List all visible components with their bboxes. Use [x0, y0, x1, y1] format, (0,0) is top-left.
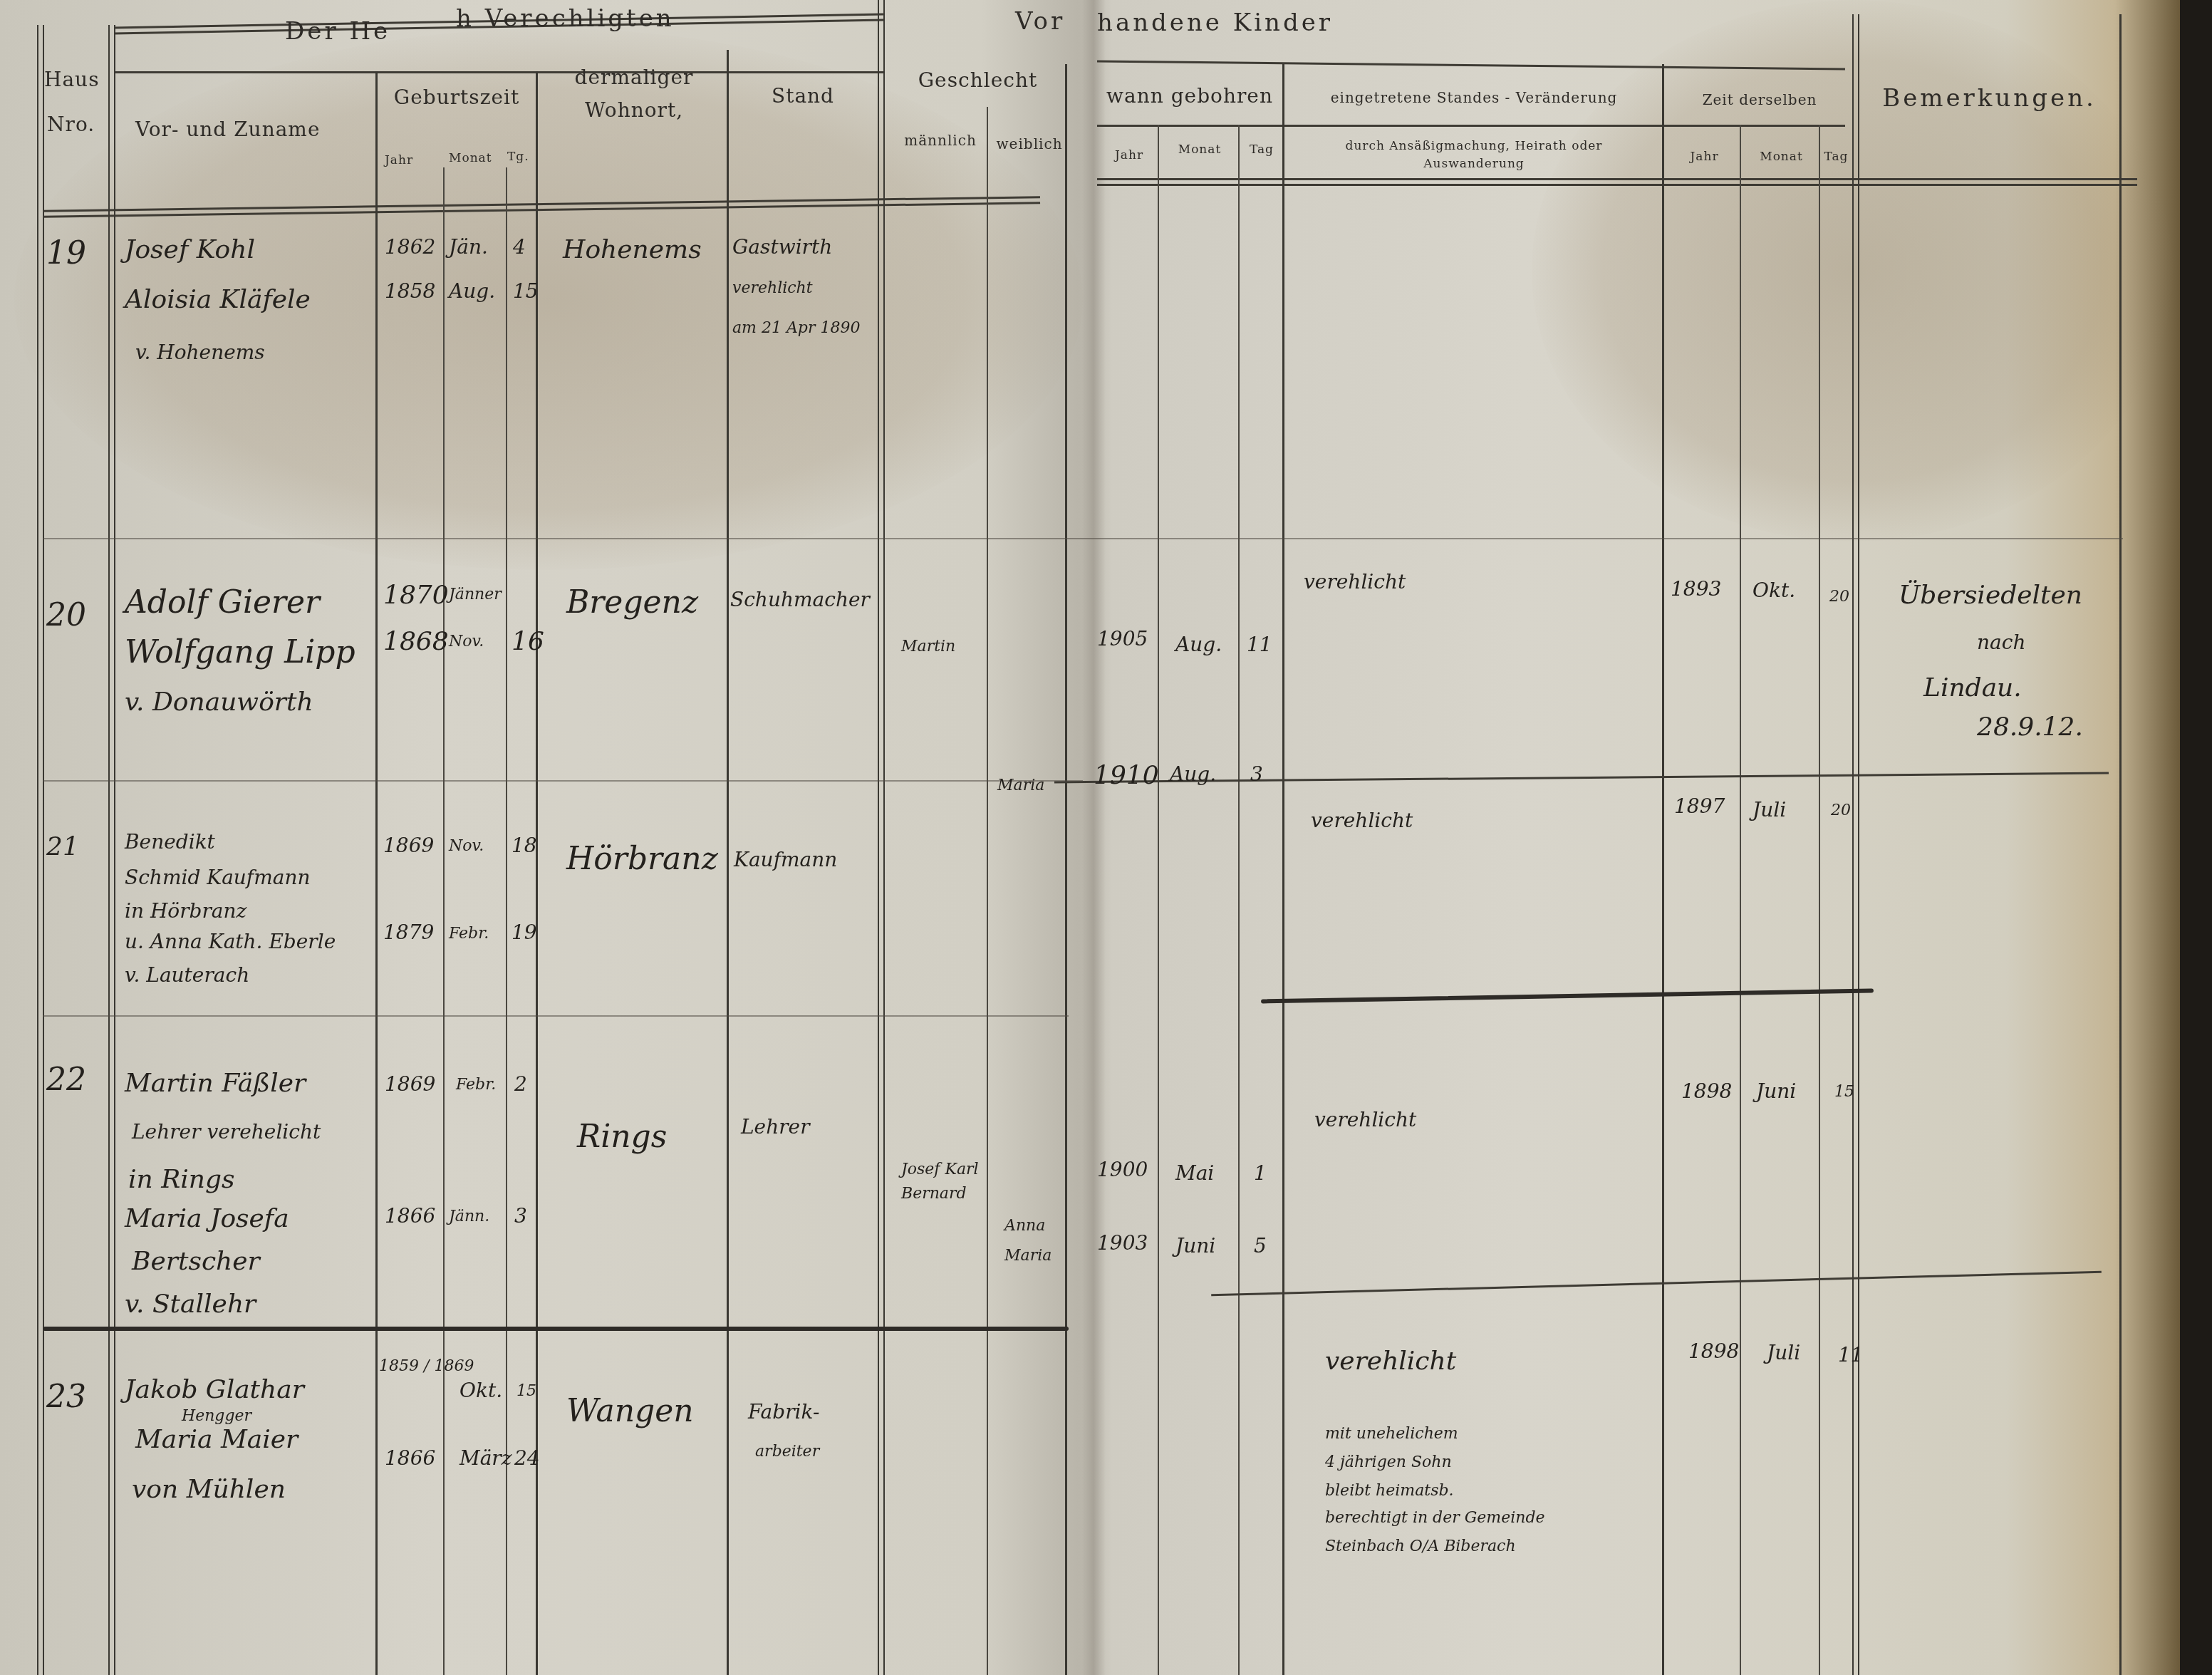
- header-zeit-monat: Monat: [1744, 150, 1819, 164]
- col-border-weiblich: [1065, 64, 1067, 1675]
- entry-22-child-2-day: 5: [1254, 1234, 1267, 1257]
- header-wann-geboren: wann gebohren: [1097, 84, 1282, 108]
- entry-22-child-1-day: 1: [1254, 1161, 1267, 1185]
- entry-20-birth-1-year: 1870: [383, 581, 449, 610]
- entry-20-zeit-year: 1893: [1671, 577, 1721, 601]
- entry-20-bemerkung-2: nach: [1977, 631, 2025, 654]
- header-nro: Nro.: [47, 113, 95, 136]
- header-sub-rule-right: [1097, 125, 1845, 127]
- entry-20-stand-1: Schuhmacher: [730, 588, 870, 611]
- entry-20-child-2-day: 3: [1250, 762, 1263, 786]
- entry-20-child-1-male: Martin: [901, 638, 955, 655]
- entry-21-nr: 21: [46, 832, 79, 861]
- entry-20-bemerkung-4: 28.9.12.: [1977, 712, 2083, 742]
- entry-22-name-4: Maria Josefa: [125, 1204, 289, 1233]
- header-standes-sub-2: Auswanderung: [1286, 157, 1662, 171]
- entry-22-zeit-month: Juni: [1756, 1079, 1796, 1103]
- entry-22-child-1-year: 1900: [1097, 1158, 1148, 1181]
- entry-19-birth-2-day: 15: [513, 279, 539, 303]
- entry-20-zeit-day: 20: [1829, 588, 1849, 606]
- header-standesveraenderung: eingetretene Standes - Veränderung: [1286, 89, 1662, 106]
- entry-22-child-1-male: Josef Karl Bernard: [901, 1158, 987, 1206]
- entry-22-birth-2-year: 1866: [385, 1204, 435, 1228]
- entry-20-name-1: Adolf Gierer: [125, 584, 320, 621]
- entry-22-name-6: v. Stallehr: [125, 1290, 256, 1319]
- entry-20-wohnort: Bregenz: [566, 584, 698, 621]
- entry-21-birth-1-month: Nov.: [449, 837, 484, 855]
- entry-23-name-3: Maria Maier: [135, 1425, 298, 1454]
- entry-20-birth-2-day: 16: [512, 627, 544, 656]
- left-title-part1: Der He: [285, 17, 390, 46]
- entry-19-stand-2: verehlicht: [732, 279, 813, 297]
- entry-19-wohnort: Hohenems: [563, 235, 702, 264]
- row-separator-21-22-left: [43, 1015, 1069, 1017]
- entry-22-child-2-month: Juni: [1175, 1234, 1215, 1257]
- col-border-kind-jahr: [1158, 125, 1159, 1675]
- entry-22-child-2-year: 1903: [1097, 1231, 1148, 1255]
- entry-23-name-4: von Mühlen: [132, 1475, 286, 1504]
- header-zeit: Zeit derselben: [1667, 91, 1852, 108]
- entry-23-nr: 23: [46, 1379, 86, 1415]
- ink-stroke-22-right: [1211, 1271, 2102, 1297]
- entry-23-zeit-month: Juli: [1767, 1341, 1800, 1364]
- entry-21-name-1: Benedikt: [125, 830, 215, 854]
- entry-23-veraenderung-3: 4 jährigen Sohn: [1325, 1453, 1452, 1471]
- header-wohnort-2: Wohnort,: [541, 98, 727, 122]
- entry-19-stand-3: am 21 Apr 1890: [732, 319, 860, 337]
- entry-21-birth-1-day: 18: [512, 834, 537, 857]
- header-geschlecht: Geschlecht: [890, 68, 1065, 92]
- entry-23-stand-1: Fabrik-: [748, 1400, 819, 1424]
- entry-22-name-5: Bertscher: [132, 1247, 260, 1276]
- header-bemerkungen: Bemerkungen.: [1859, 84, 2119, 113]
- entry-23-zeit-day: 11: [1838, 1343, 1864, 1367]
- col-border-zeit-jahr: [1740, 125, 1741, 1675]
- left-title-part2: h Verechligten: [456, 4, 675, 33]
- entry-22-zeit-year: 1898: [1681, 1079, 1732, 1103]
- entry-23-name-1: Jakob Glathar: [125, 1375, 304, 1404]
- header-zeit-jahr: Jahr: [1671, 150, 1738, 164]
- entry-21-stand-1: Kaufmann: [734, 848, 837, 871]
- entry-21-wohnort: Hörbranz: [566, 841, 718, 877]
- header-kind-monat: Monat: [1161, 142, 1238, 157]
- col-border-stand: [878, 0, 879, 1675]
- entry-20-birth-2-year: 1868: [383, 627, 449, 656]
- entry-20-bemerkung-1: Übersiedelten: [1899, 581, 2082, 610]
- entry-19-birth-2-year: 1858: [385, 279, 435, 303]
- entry-23-veraenderung-6: Steinbach O/A Biberach: [1325, 1537, 1516, 1555]
- entry-20-child-1-day: 11: [1247, 633, 1272, 656]
- entry-23-birth-2-month: März: [459, 1446, 512, 1470]
- entry-21-name-4: u. Anna Kath. Eberle: [125, 930, 336, 953]
- entry-22-name-2: Lehrer verehelicht: [132, 1120, 321, 1144]
- entry-22-nr: 22: [46, 1062, 86, 1098]
- entry-21-birth-2-day: 19: [512, 921, 537, 944]
- entry-23-birth-1-year: 1859 / 1869: [379, 1357, 474, 1375]
- entry-22-zeit-day: 15: [1834, 1083, 1854, 1101]
- entry-20-bemerkung-3: Lindau.: [1923, 673, 2022, 702]
- entry-21-zeit-year: 1897: [1674, 794, 1725, 818]
- col-border-zeit: [1852, 14, 1854, 1675]
- header-bottom-rule-right: [1097, 178, 2137, 180]
- right-title-part1: Vor: [1015, 7, 1065, 36]
- entry-21-zeit-day: 20: [1831, 802, 1851, 819]
- entry-20-child-2-month: Aug.: [1170, 762, 1216, 786]
- header-rule-left: [114, 71, 883, 73]
- entry-23-veraenderung-4: bleibt heimatsb.: [1325, 1482, 1454, 1500]
- entry-20-birth-1-month: Jänner: [449, 586, 502, 603]
- header-geb-monat: Monat: [449, 151, 492, 165]
- entry-23-birth-1-day: 15: [516, 1382, 536, 1400]
- header-kind-jahr: Jahr: [1101, 148, 1158, 162]
- col-border-zeit-monat: [1819, 125, 1820, 1675]
- entry-23-birth-2-day: 24: [514, 1446, 540, 1470]
- entry-19-stand-1: Gastwirth: [732, 235, 832, 259]
- col-border-jahr: [443, 167, 445, 1675]
- header-kind-tag: Tag: [1241, 142, 1282, 157]
- entry-19-birth-1-month: Jän.: [449, 235, 488, 259]
- register-book-spread: Der He h Verechligten Haus Nro. Vor- und…: [0, 0, 2180, 1675]
- entry-19-birth-1-year: 1862: [385, 235, 435, 259]
- row-separator-22-23-left: [43, 1327, 1069, 1331]
- entry-21-birth-2-month: Febr.: [449, 925, 489, 943]
- col-border-kind-tag: [1282, 64, 1284, 1675]
- header-haus: Haus: [44, 68, 100, 91]
- header-geb-jahr: Jahr: [385, 153, 413, 167]
- entry-22-birth-1-month: Febr.: [456, 1076, 496, 1094]
- header-zeit-tag: Tag: [1820, 150, 1852, 164]
- entry-23-veraenderung-1: verehlicht: [1325, 1347, 1456, 1376]
- entry-19-birth-2-month: Aug.: [449, 279, 495, 303]
- entry-20-birth-2-month: Nov.: [449, 633, 484, 650]
- entry-22-birth-2-month: Jänn.: [449, 1208, 489, 1225]
- col-border-kind-monat: [1238, 125, 1240, 1675]
- entry-22-stand-1: Lehrer: [741, 1115, 810, 1139]
- entry-20-child-1-year: 1905: [1097, 627, 1148, 650]
- header-geburtszeit: Geburtszeit: [378, 85, 536, 109]
- entry-22-birth-1-day: 2: [514, 1072, 527, 1096]
- row-separator-19-20: [43, 538, 2123, 539]
- header-stand: Stand: [728, 84, 878, 108]
- entry-21-zeit-month: Juli: [1753, 798, 1786, 821]
- entry-22-name-3: in Rings: [128, 1165, 234, 1194]
- entry-20-child-2-year: 1910: [1094, 761, 1159, 790]
- entry-21-name-3: in Hörbranz: [125, 899, 246, 923]
- ink-stroke-21-right: [1261, 988, 1874, 1003]
- entry-23-veraenderung-5: berechtigt in der Gemeinde: [1325, 1509, 1545, 1527]
- entry-19-name-2: Aloisia Kläfele: [125, 285, 311, 314]
- header-name: Vor- und Zuname: [135, 118, 320, 141]
- entry-21-name-2: Schmid Kaufmann: [125, 866, 311, 889]
- entry-23-wohnort: Wangen: [566, 1393, 694, 1429]
- entry-22-child-1-month: Mai: [1175, 1161, 1214, 1185]
- entry-22-child-2-female: Anna Maria: [1004, 1211, 1069, 1271]
- entry-22-birth-1-year: 1869: [385, 1072, 435, 1096]
- header-weiblich: weiblich: [994, 135, 1065, 152]
- col-border-name: [375, 71, 378, 1675]
- entry-23-birth-1-month: Okt.: [459, 1379, 502, 1402]
- col-border-veraenderung: [1662, 64, 1664, 1675]
- col-border-maennlich: [987, 107, 988, 1675]
- entry-19-nr: 19: [46, 235, 86, 271]
- entry-20-child-2-female: Maria: [997, 777, 1044, 794]
- right-title-part2: handene Kinder: [1097, 9, 1333, 37]
- entry-23-birth-2-year: 1866: [385, 1446, 435, 1470]
- entry-22-veraenderung: verehlicht: [1314, 1108, 1416, 1131]
- entry-20-name-3: v. Donauwörth: [125, 688, 313, 717]
- entry-21-name-5: v. Lauterach: [125, 963, 249, 987]
- col-border-haus-left: [37, 25, 38, 1675]
- header-standes-sub-1: durch Ansäßigmachung, Heirath oder: [1286, 139, 1662, 153]
- entry-20-veraenderung: verehlicht: [1304, 570, 1406, 593]
- entry-23-zeit-year: 1898: [1688, 1339, 1739, 1363]
- entry-22-name-1: Martin Fäßler: [125, 1069, 306, 1098]
- entry-21-veraenderung: verehlicht: [1311, 809, 1413, 832]
- book-gutter: [1081, 0, 1106, 1675]
- col-border-geburtszeit: [536, 71, 538, 1675]
- entry-23-name-2: Hengger: [182, 1407, 251, 1425]
- entry-22-wohnort: Rings: [577, 1119, 667, 1155]
- entry-22-birth-2-day: 3: [514, 1204, 527, 1228]
- entry-21-birth-2-year: 1879: [383, 921, 434, 944]
- entry-23-stand-2: arbeiter: [755, 1443, 819, 1461]
- entry-19-name-1: Josef Kohl: [125, 235, 255, 264]
- entry-19-name-3: v. Hohenems: [135, 341, 265, 364]
- entry-19-birth-1-day: 4: [513, 235, 526, 259]
- col-border-haus-right: [108, 25, 110, 1675]
- entry-23-veraenderung-2: mit unehelichem: [1325, 1425, 1458, 1443]
- header-geb-tag: Tg.: [507, 150, 529, 164]
- entry-20-nr: 20: [46, 597, 86, 633]
- entry-20-name-2: Wolfgang Lipp: [125, 634, 355, 670]
- col-border-wohnort: [727, 50, 729, 1675]
- entry-20-child-1-month: Aug.: [1175, 633, 1222, 656]
- entry-20-zeit-month: Okt.: [1753, 579, 1795, 602]
- header-wohnort-1: dermaliger: [541, 66, 727, 89]
- row-separator-20-21-left: [43, 780, 1083, 782]
- col-border-bemerkungen: [2119, 14, 2122, 1675]
- entry-21-birth-1-year: 1869: [383, 834, 434, 857]
- header-maennlich: männlich: [894, 132, 987, 149]
- book-binding-edge: [2180, 0, 2212, 1675]
